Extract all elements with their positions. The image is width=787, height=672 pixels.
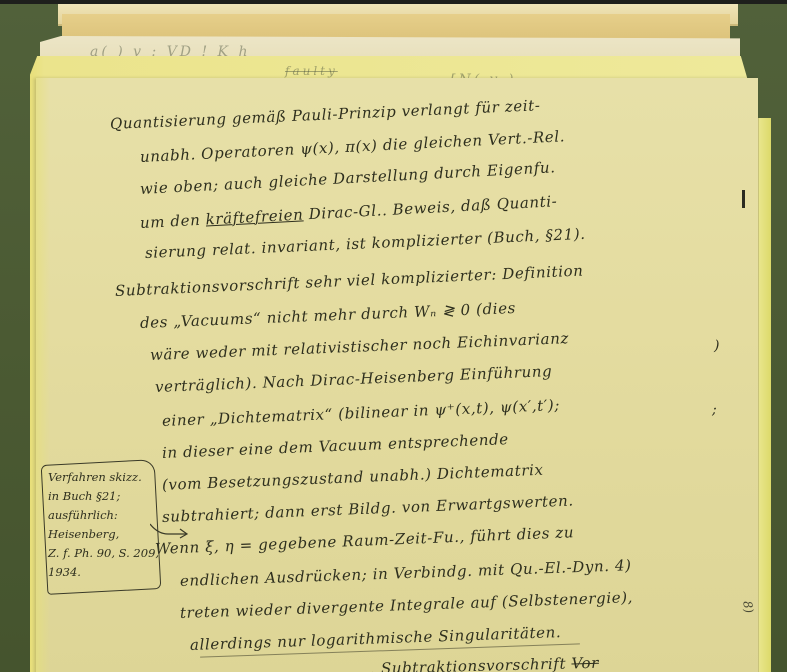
- struck-text: Vor: [571, 654, 599, 672]
- margin-note-line: Heisenberg,: [48, 525, 158, 544]
- page-edge: [758, 118, 771, 672]
- margin-note-line: in Buch §21;: [48, 487, 158, 506]
- struck-word: faulty: [285, 64, 338, 78]
- margin-note-line: Verfahren skizz.: [48, 468, 158, 487]
- margin-tick-mark: [742, 190, 745, 208]
- right-margin-mark: ;: [712, 402, 717, 418]
- footnote-marker: 8): [740, 600, 756, 615]
- arrow-icon: [150, 520, 190, 540]
- right-margin-mark: ): [714, 338, 720, 354]
- margin-note-line: Z. f. Ph. 90, S. 209,: [48, 544, 158, 563]
- margin-note: Verfahren skizz. in Buch §21; ausführlic…: [48, 468, 158, 582]
- margin-note-line: ausführlich:: [48, 506, 158, 525]
- text-fragment: um den: [140, 211, 207, 232]
- margin-note-line: 1934.: [48, 563, 158, 582]
